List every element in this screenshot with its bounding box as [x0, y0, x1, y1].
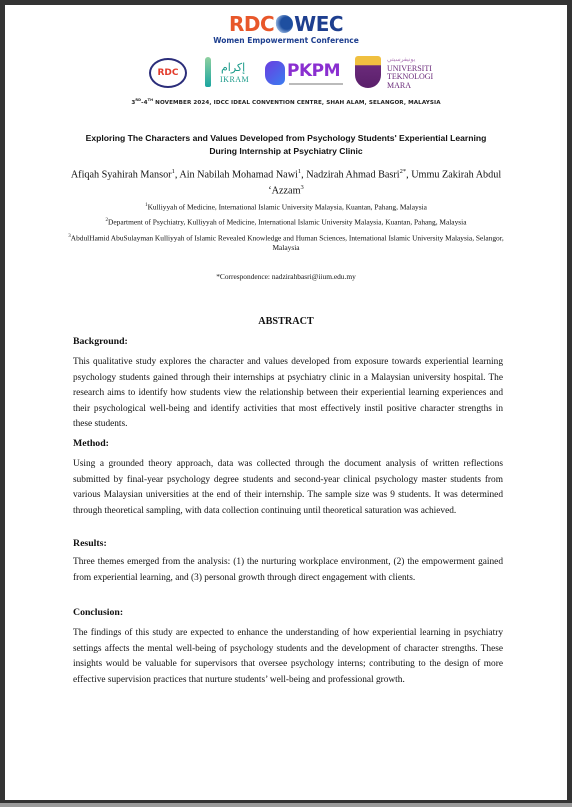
affiliation: 2Department of Psychiatry, Kulliyyah of … [67, 216, 505, 227]
pkpm-text: PKPM [287, 61, 340, 81]
logo-wordmark: RDCWEC [5, 13, 567, 35]
rdc-logo-icon: RDC [149, 58, 187, 88]
affiliation: 1Kulliyyah of Medicine, International Is… [67, 201, 505, 212]
partner-logos: RDC إكرام IKRAM PKPM ﻳﻮﻧﻴﻔﺮﺳﻴﺘﻲ UNIVERSI… [5, 55, 567, 91]
affiliation: 3AbdulHamid AbuSulayman Kulliyyah of Isl… [67, 232, 505, 253]
uitm-name: ﻳﻮﻧﻴﻔﺮﺳﻴﺘﻲ UNIVERSITI TEKNOLOGI MARA [387, 56, 433, 90]
author-list: Afiqah Syahirah Mansor1, Ain Nabilah Moh… [65, 165, 507, 198]
uitm-crest-icon [355, 56, 381, 88]
conference-dateline: 3RD-4TH NOVEMBER 2024, IDCC IDEAL CONVEN… [5, 98, 567, 106]
affiliations: 1Kulliyyah of Medicine, International Is… [67, 201, 505, 257]
logo-wec-text: WEC [294, 12, 343, 36]
paper-title: Exploring The Characters and Values Deve… [75, 132, 497, 158]
pkpm-logo-icon: PKPM [265, 59, 347, 89]
correspondence: *Correspondence: nadzirahbasri@iium.edu.… [67, 272, 505, 281]
results-heading: Results: [73, 538, 107, 549]
ikram-arabic-text: إكرام [221, 61, 245, 74]
conclusion-heading: Conclusion: [73, 607, 123, 618]
conclusion-text: The findings of this study are expected … [73, 626, 503, 688]
background-heading: Background: [73, 336, 128, 347]
rdc-wec-conference-logo: RDCWEC Women Empowerment Conference [5, 13, 567, 45]
document-page: RDCWEC Women Empowerment Conference RDC … [5, 5, 567, 800]
logo-rdc-text: RDC [229, 12, 274, 36]
author: Nadzirah Ahmad Basri [306, 169, 399, 180]
results-text: Three themes emerged from the analysis: … [73, 555, 503, 586]
pkpm-tagline-bar [289, 83, 343, 85]
globe-icon [275, 15, 293, 33]
logo-subtitle: Women Empowerment Conference [5, 36, 567, 45]
viewer-bottom-edge [0, 803, 572, 807]
ikram-latin-text: IKRAM [220, 75, 249, 84]
background-text: This qualitative study explores the char… [73, 355, 503, 433]
hand-icon [265, 61, 285, 85]
uitm-logo-icon: ﻳﻮﻧﻴﻔﺮﺳﻴﺘﻲ UNIVERSITI TEKNOLOGI MARA [355, 56, 450, 90]
abstract-heading: ABSTRACT [5, 316, 567, 327]
method-text: Using a grounded theory approach, data w… [73, 457, 503, 519]
method-heading: Method: [73, 438, 109, 449]
ikram-logo-icon: إكرام IKRAM [203, 57, 259, 89]
author: Afiqah Syahirah Mansor [71, 169, 172, 180]
ikram-figure-icon [205, 57, 211, 87]
author: Ain Nabilah Mohamad Nawi [179, 169, 298, 180]
